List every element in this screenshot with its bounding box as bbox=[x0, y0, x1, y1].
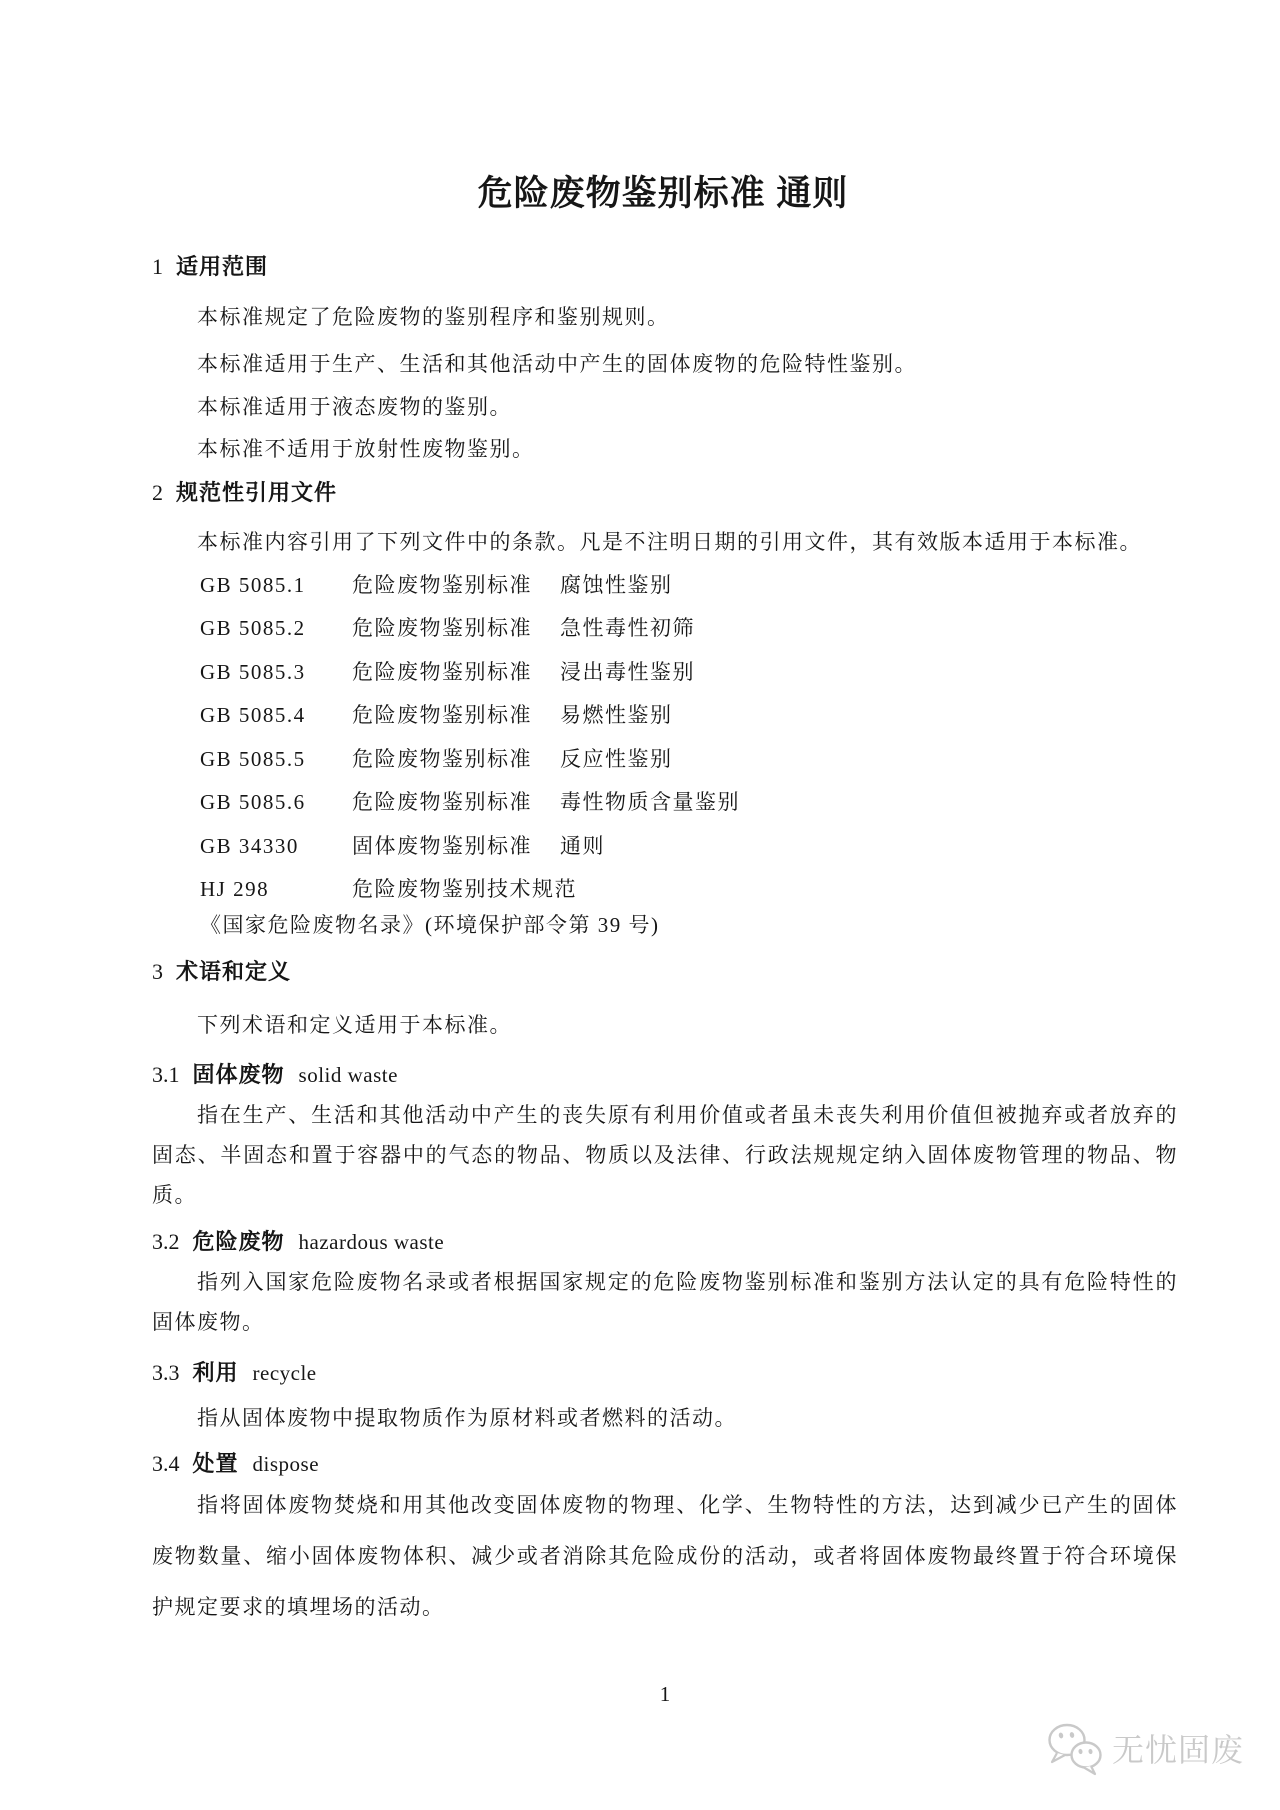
term-definition: 指将固体废物焚烧和用其他改变固体废物的物理、化学、生物特性的方法，达到减少已产生… bbox=[152, 1480, 1178, 1633]
reference-code: GB 5085.2 bbox=[200, 607, 352, 649]
reference-subtitle: 毒性物质含量鉴别 bbox=[560, 790, 740, 814]
term-number: 3.4 bbox=[152, 1451, 180, 1476]
reference-subtitle: 反应性鉴别 bbox=[560, 747, 673, 771]
reference-subtitle: 浸出毒性鉴别 bbox=[560, 660, 695, 684]
section-3-number: 3 bbox=[152, 959, 163, 984]
term-en: hazardous waste bbox=[299, 1230, 445, 1254]
wechat-icon bbox=[1046, 1722, 1104, 1778]
reference-row: GB 5085.6危险废物鉴别标准毒性物质含量鉴别 bbox=[200, 781, 1178, 823]
watermark-label: 无忧固废 bbox=[1112, 1732, 1244, 1768]
paragraph: 下列术语和定义适用于本标准。 bbox=[152, 1004, 1178, 1046]
term-zh: 危险废物 bbox=[193, 1229, 285, 1254]
reference-row: GB 5085.2危险废物鉴别标准急性毒性初筛 bbox=[200, 607, 1178, 649]
paragraph: 本标准内容引用了下列文件中的条款。凡是不注明日期的引用文件，其有效版本适用于本标… bbox=[152, 521, 1178, 563]
reference-row: GB 34330固体废物鉴别标准通则 bbox=[200, 825, 1178, 867]
reference-code: GB 34330 bbox=[200, 825, 352, 867]
reference-subtitle: 腐蚀性鉴别 bbox=[560, 573, 673, 597]
paragraph: 本标准适用于生产、生活和其他活动中产生的固体废物的危险特性鉴别。 bbox=[152, 343, 1178, 385]
term-number: 3.1 bbox=[152, 1062, 180, 1087]
term-number: 3.3 bbox=[152, 1360, 180, 1385]
reference-row: GB 5085.1危险废物鉴别标准腐蚀性鉴别 bbox=[200, 564, 1178, 606]
term-en: recycle bbox=[253, 1361, 317, 1385]
term-en: solid waste bbox=[299, 1063, 398, 1087]
section-2-heading: 2规范性引用文件 bbox=[152, 479, 1178, 507]
reference-title: 危险废物鉴别标准 bbox=[352, 781, 560, 823]
term-3-4-heading: 3.4处置dispose bbox=[152, 1450, 1178, 1478]
reference-title: 危险废物鉴别标准 bbox=[352, 694, 560, 736]
paragraph: 本标准不适用于放射性废物鉴别。 bbox=[152, 428, 1178, 470]
section-2-title: 规范性引用文件 bbox=[176, 480, 337, 505]
reference-code: GB 5085.3 bbox=[200, 651, 352, 693]
document-page: 危险废物鉴别标准 通则 1适用范围 本标准规定了危险废物的鉴别程序和鉴别规则。 … bbox=[0, 0, 1280, 1810]
reference-title: 危险废物鉴别标准 bbox=[352, 738, 560, 780]
section-3-heading: 3术语和定义 bbox=[152, 958, 1178, 986]
term-zh: 固体废物 bbox=[193, 1062, 285, 1087]
reference-title: 固体废物鉴别标准 bbox=[352, 825, 560, 867]
page-number: 1 bbox=[152, 1684, 1178, 1705]
catalog-note: 《国家危险废物名录》(环境保护部令第 39 号) bbox=[200, 904, 1178, 946]
reference-row: GB 5085.3危险废物鉴别标准浸出毒性鉴别 bbox=[200, 651, 1178, 693]
paragraph: 本标准适用于液态废物的鉴别。 bbox=[152, 386, 1178, 428]
document-title: 危险废物鉴别标准 通则 bbox=[0, 172, 1280, 216]
reference-code: GB 5085.5 bbox=[200, 738, 352, 780]
reference-row: GB 5085.4危险废物鉴别标准易燃性鉴别 bbox=[200, 694, 1178, 736]
section-3-title: 术语和定义 bbox=[176, 959, 291, 984]
reference-title: 危险废物鉴别标准 bbox=[352, 607, 560, 649]
reference-subtitle: 易燃性鉴别 bbox=[560, 703, 673, 727]
reference-subtitle: 急性毒性初筛 bbox=[560, 616, 695, 640]
reference-title: 危险废物鉴别标准 bbox=[352, 651, 560, 693]
reference-subtitle: 通则 bbox=[560, 834, 605, 858]
section-1-title: 适用范围 bbox=[176, 254, 268, 279]
paragraph: 本标准规定了危险废物的鉴别程序和鉴别规则。 bbox=[152, 296, 1178, 338]
term-zh: 处置 bbox=[193, 1451, 239, 1476]
term-zh: 利用 bbox=[193, 1360, 239, 1385]
section-1-number: 1 bbox=[152, 254, 163, 279]
term-definition: 指列入国家危险废物名录或者根据国家规定的危险废物鉴别标准和鉴别方法认定的具有危险… bbox=[152, 1262, 1178, 1342]
term-3-2-heading: 3.2危险废物hazardous waste bbox=[152, 1228, 1178, 1256]
term-3-3-heading: 3.3利用recycle bbox=[152, 1359, 1178, 1387]
term-en: dispose bbox=[253, 1452, 320, 1476]
term-number: 3.2 bbox=[152, 1229, 180, 1254]
reference-code: GB 5085.1 bbox=[200, 564, 352, 606]
term-definition: 指在生产、生活和其他活动中产生的丧失原有利用价值或者虽未丧失利用价值但被抛弃或者… bbox=[152, 1095, 1178, 1215]
section-1-heading: 1适用范围 bbox=[152, 253, 1178, 281]
term-definition: 指从固体废物中提取物质作为原材料或者燃料的活动。 bbox=[152, 1397, 1178, 1439]
reference-code: GB 5085.4 bbox=[200, 694, 352, 736]
watermark: 无忧固废 bbox=[1046, 1722, 1244, 1778]
term-3-1-heading: 3.1固体废物solid waste bbox=[152, 1061, 1178, 1089]
section-2-number: 2 bbox=[152, 480, 163, 505]
reference-title: 危险废物鉴别标准 bbox=[352, 564, 560, 606]
reference-code: GB 5085.6 bbox=[200, 781, 352, 823]
reference-row: GB 5085.5危险废物鉴别标准反应性鉴别 bbox=[200, 738, 1178, 780]
